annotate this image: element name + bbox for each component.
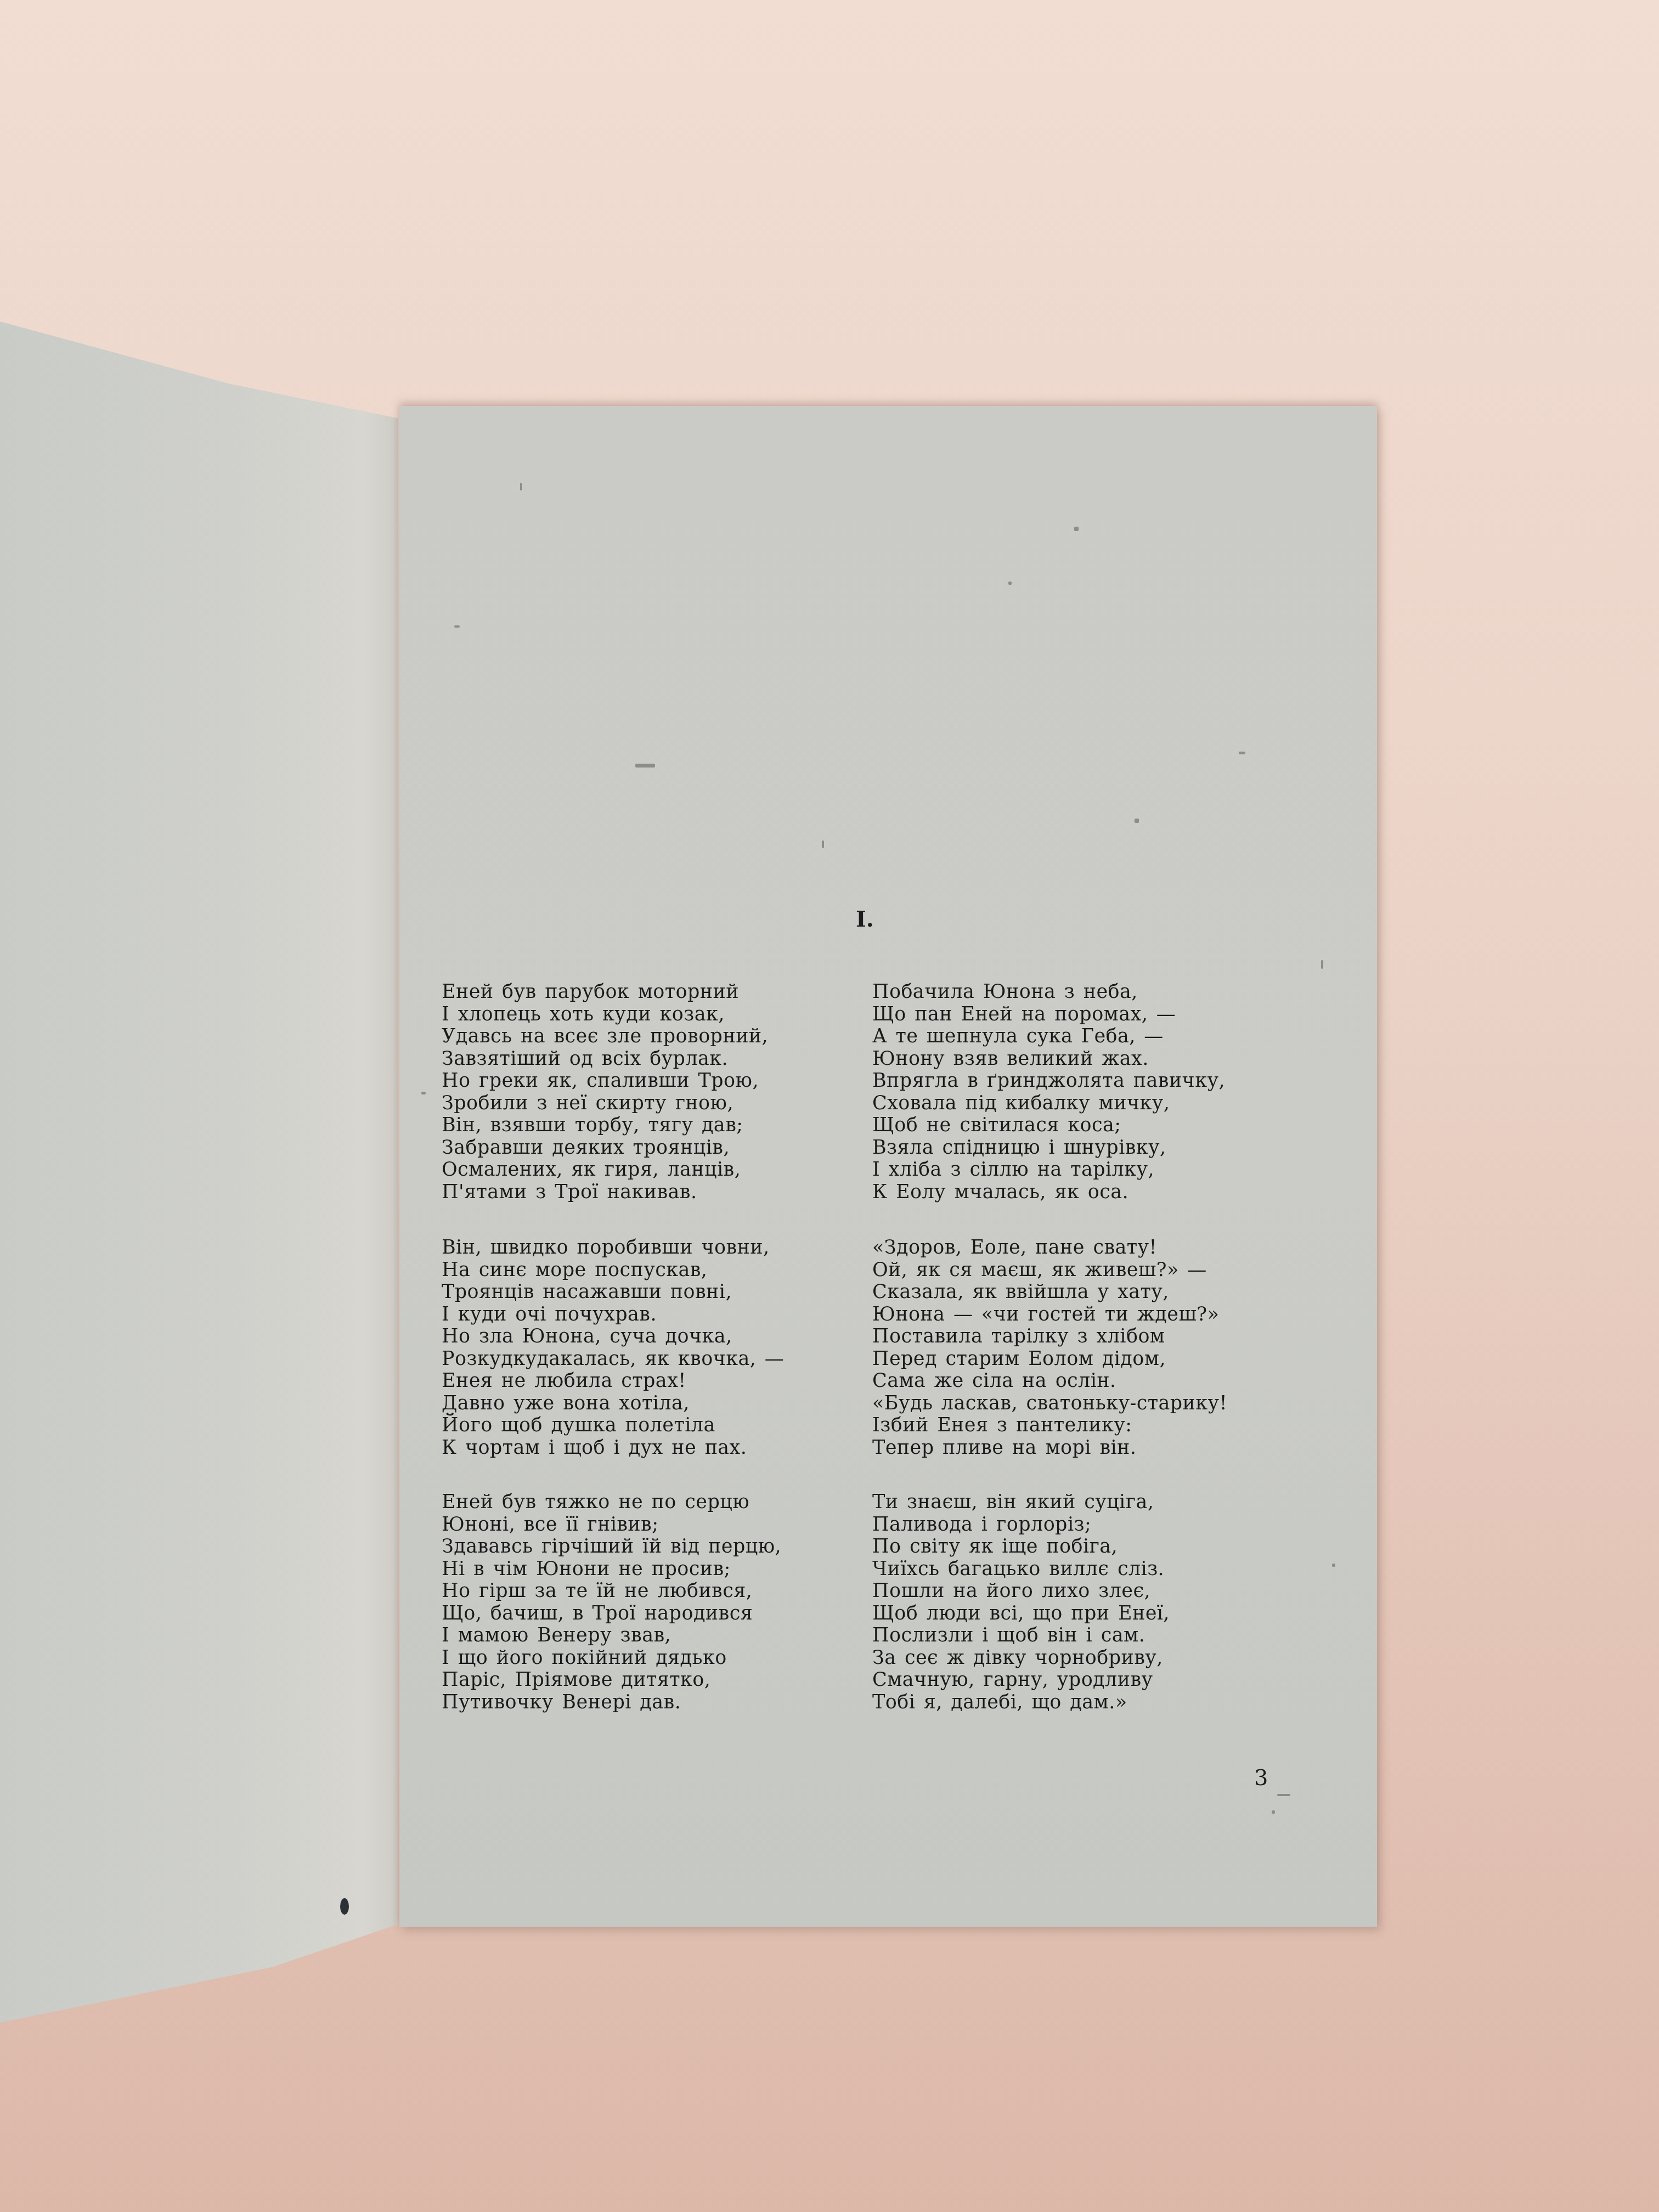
verse-line: Побачила Юнона з неба, [872, 981, 1225, 1003]
verse-line: Послизли і щоб він і сам. [872, 1624, 1170, 1647]
verse-line: Тепер пливе на морі він. [872, 1437, 1227, 1459]
verse-line: Забравши деяких троянців, [442, 1137, 768, 1159]
right-page: I. Еней був парубок моторний І хлопець х… [399, 406, 1377, 1927]
left-page [0, 315, 398, 2027]
verse-line: Еней був парубок моторний [442, 981, 768, 1003]
verse-line: І що його покійний дядько [442, 1647, 781, 1669]
stanza-left-3: Еней був тяжко не по серцю Юноні, все її… [442, 1491, 781, 1713]
verse-line: Ти знаєш, він який суціга, [872, 1491, 1170, 1514]
verse-line: Здававсь гірчіший їй від перцю, [442, 1536, 781, 1558]
verse-line: Но гірш за те їй не любився, [442, 1580, 781, 1602]
verse-line: Пошли на його лихо злеє, [872, 1580, 1170, 1602]
page-number: 3 [1254, 1765, 1268, 1791]
verse-line: Що пан Еней на поромах, — [872, 1003, 1225, 1026]
verse-line: «Будь ласкав, сватоньку-старику! [872, 1392, 1227, 1415]
verse-line: Тобі я, далебі, що дам.» [872, 1691, 1170, 1714]
verse-line: Троянців насажавши повні, [442, 1281, 784, 1304]
verse-line: Ні в чім Юнони не просив; [442, 1558, 781, 1581]
verse-line: Давно уже вона хотіла, [442, 1392, 784, 1415]
verse-line: Паріс, Пріямове дитятко, [442, 1669, 781, 1691]
verse-line: К чортам і щоб і дух не пах. [442, 1437, 784, 1459]
verse-line: Осмалених, як гиря, ланців, [442, 1159, 768, 1181]
verse-line: Він, взявши торбу, тягу дав; [442, 1114, 768, 1137]
verse-line: Зробили з неї скирту гною, [442, 1092, 768, 1115]
verse-line: І куди очі почухрав. [442, 1304, 784, 1326]
verse-line: Ой, як ся маєш, як живеш?» — [872, 1259, 1227, 1282]
verse-line: Поставила тарілку з хлібом [872, 1325, 1227, 1348]
stanza-right-1: Побачила Юнона з неба, Що пан Еней на по… [872, 981, 1225, 1203]
verse-line: Юнона — «чи гостей ти ждеш?» [872, 1304, 1227, 1326]
verse-line: П'ятами з Трої накивав. [442, 1181, 768, 1204]
verse-line: Ізбий Енея з пантелику: [872, 1414, 1227, 1437]
verse-line: К Еолу мчалась, як оса. [872, 1181, 1225, 1204]
verse-line: Но греки як, спаливши Трою, [442, 1070, 768, 1092]
verse-line: Юнону взяв великий жах. [872, 1048, 1225, 1070]
verse-line: Юноні, все її гнівив; [442, 1514, 781, 1536]
verse-line: Сама же сіла на ослін. [872, 1370, 1227, 1392]
verse-line: Удавсь на всеє зле проворний, [442, 1025, 768, 1048]
verse-line: Він, швидко поробивши човни, [442, 1237, 784, 1259]
verse-line: Його щоб душка полетіла [442, 1414, 784, 1437]
verse-line: За сеє ж дівку чорнобриву, [872, 1647, 1170, 1669]
verse-line: Щоб не світилася коса; [872, 1114, 1225, 1137]
verse-line: І мамою Венеру звав, [442, 1624, 781, 1647]
verse-line: Путивочку Венері дав. [442, 1691, 781, 1714]
stanza-left-2: Він, швидко поробивши човни, На синє мор… [442, 1237, 784, 1459]
verse-line: Перед старим Еолом дідом, [872, 1348, 1227, 1370]
stanza-right-2: «Здоров, Еоле, пане свату! Ой, як ся має… [872, 1237, 1227, 1459]
verse-line: Смачную, гарну, уродливу [872, 1669, 1170, 1691]
verse-line: Еней був тяжко не по серцю [442, 1491, 781, 1514]
verse-line: Сховала під кибалку мичку, [872, 1092, 1225, 1115]
verse-line: Енея не любила страх! [442, 1370, 784, 1392]
verse-line: Сказала, як ввійшла у хату, [872, 1281, 1227, 1304]
verse-line: Взяла спідницю і шнурівку, [872, 1137, 1225, 1159]
verse-line: Що, бачиш, в Трої народився [442, 1602, 781, 1625]
verse-line: «Здоров, Еоле, пане свату! [872, 1237, 1227, 1259]
verse-line: Паливода і горлоріз; [872, 1514, 1170, 1536]
verse-line: Розкудкудакалась, як квочка, — [442, 1348, 784, 1370]
verse-line: І хліба з сіллю на тарілку, [872, 1159, 1225, 1181]
verse-line: Но зла Юнона, суча дочка, [442, 1325, 784, 1348]
stanza-left-1: Еней був парубок моторний І хлопець хоть… [442, 981, 768, 1203]
verse-line: Впрягла в ґринджолята павичку, [872, 1070, 1225, 1092]
verse-line: І хлопець хоть куди козак, [442, 1003, 768, 1026]
verse-line: Чиїхсь багацько виллє сліз. [872, 1558, 1170, 1581]
verse-line: А те шепнула сука Геба, — [872, 1025, 1225, 1048]
stanza-right-3: Ти знаєш, він який суціга, Паливода і го… [872, 1491, 1170, 1713]
verse-line: Щоб люди всі, що при Енеї, [872, 1602, 1170, 1625]
verse-line: По світу як іще побіга, [872, 1536, 1170, 1558]
verse-line: Завзятіший од всіх бурлак. [442, 1048, 768, 1070]
verse-line: На синє море поспускав, [442, 1259, 784, 1282]
chapter-heading: I. [856, 906, 874, 932]
ink-spot [340, 1898, 349, 1915]
